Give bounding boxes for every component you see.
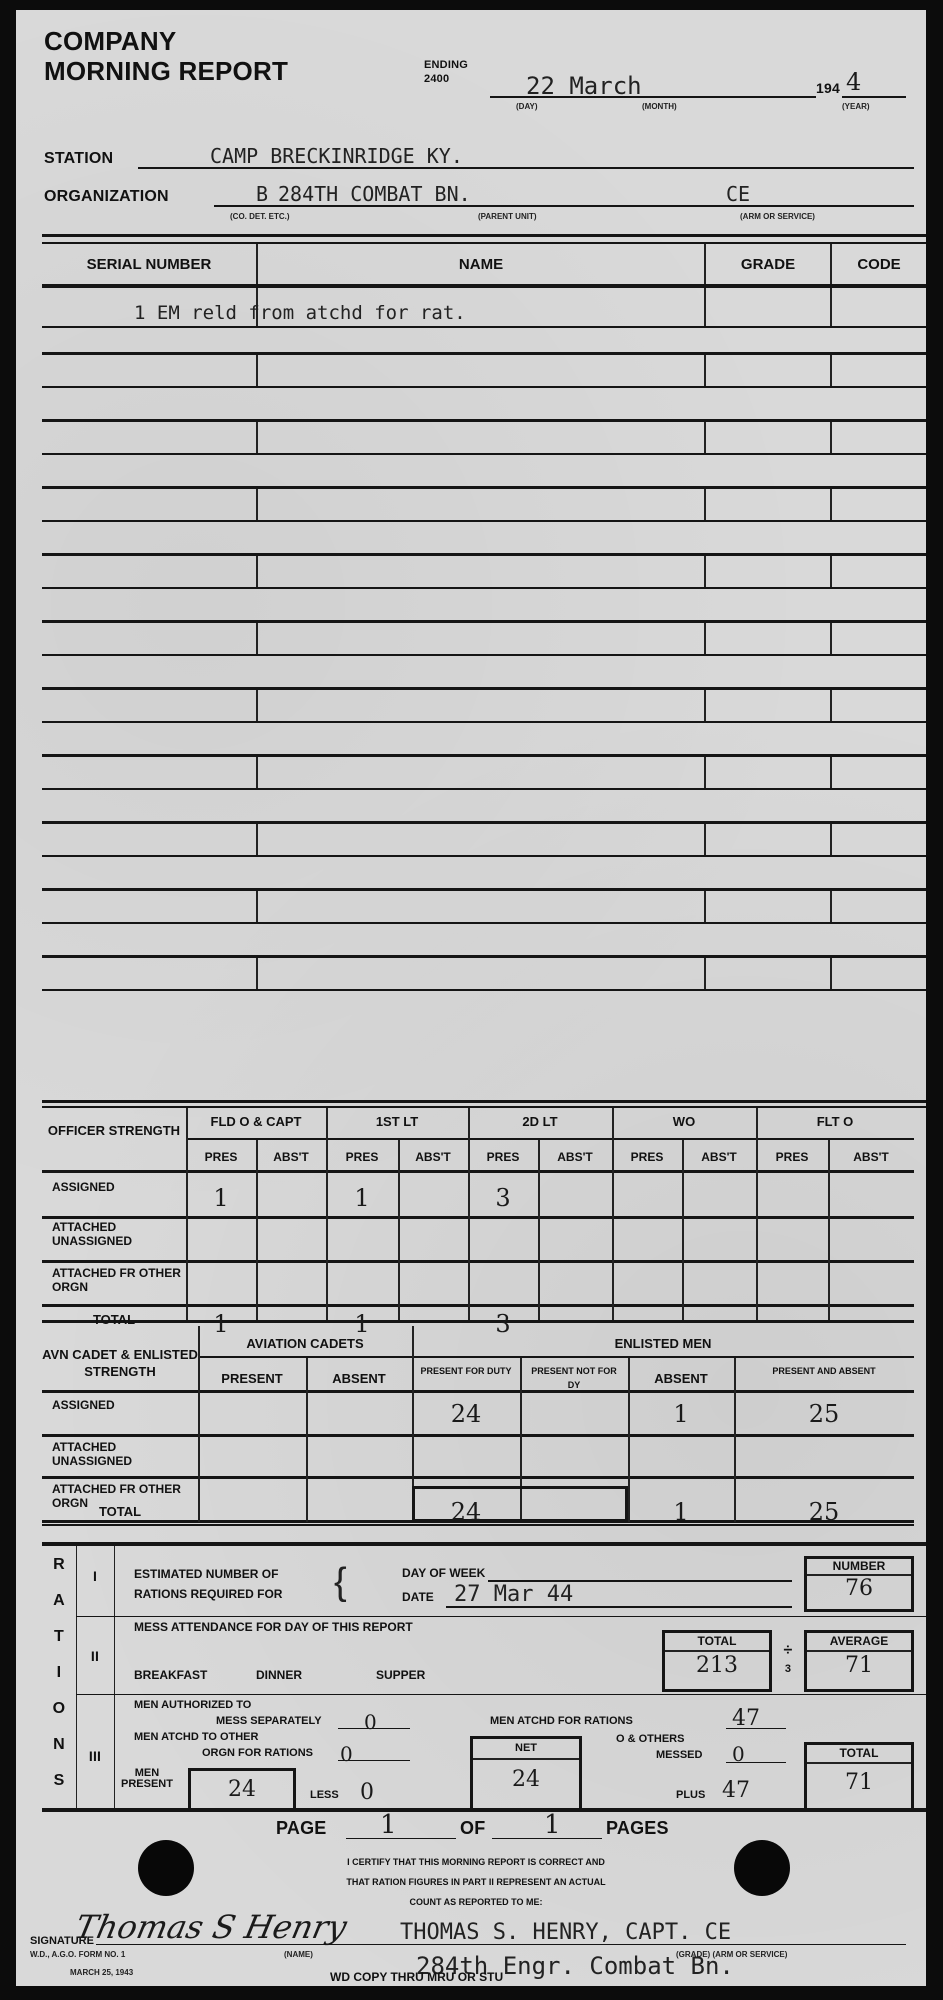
officer-col-divider — [682, 1140, 684, 1320]
title-line-2: MORNING REPORT — [44, 56, 288, 86]
row-rule-thin — [42, 520, 926, 522]
men-present-label: MEN PRESENT — [112, 1768, 182, 1790]
rations-letter: T — [42, 1628, 76, 1646]
punch-hole-left — [138, 1840, 194, 1896]
ending-label-1: ENDING — [424, 58, 468, 72]
col-divider — [830, 489, 832, 520]
enlisted-cell[interactable]: 1 — [628, 1400, 734, 1428]
plus-value[interactable]: 47 — [722, 1778, 750, 1803]
auth-label-2: MESS SEPARATELY — [216, 1716, 322, 1727]
officer-rule — [42, 1260, 914, 1263]
mess-total-label: TOTAL — [665, 1633, 769, 1652]
officer-subcol-header: PRES — [186, 1150, 256, 1164]
enlisted-rule — [42, 1476, 914, 1479]
col-divider — [830, 422, 832, 453]
enlisted-row-label: ATTACHED UNASSIGNED — [52, 1440, 192, 1468]
day-caption: (DAY) — [516, 102, 537, 111]
mess-total-box: TOTAL 213 — [662, 1630, 772, 1692]
officer-row-label: ATTACHED FR OTHER ORGN — [52, 1266, 182, 1294]
rations-top-rule — [42, 1542, 926, 1546]
atchd-rations-value[interactable]: 47 — [732, 1706, 760, 1731]
row-rule-thick — [42, 754, 926, 757]
row-rule-thick — [42, 888, 926, 891]
rations-letter: N — [42, 1736, 76, 1754]
others-label-2: MESSED — [656, 1750, 702, 1761]
month-caption: (MONTH) — [642, 102, 677, 111]
col-divider — [704, 757, 706, 788]
others-value[interactable]: 0 — [732, 1742, 745, 1766]
row-rule-thick — [42, 486, 926, 489]
enlisted-strength-title: AVN CADET & ENLISTED STRENGTH — [42, 1346, 198, 1380]
col-header-name: NAME — [258, 256, 704, 273]
punch-hole-right — [734, 1840, 790, 1896]
col-divider — [256, 757, 258, 788]
caption-arm: (ARM OR SERVICE) — [740, 212, 815, 221]
certification-text: I CERTIFY THAT THIS MORNING REPORT IS CO… — [246, 1852, 706, 1912]
ration-total-label: TOTAL — [807, 1745, 911, 1764]
rations-letter: I — [42, 1664, 76, 1682]
row-rule-thin — [42, 654, 926, 656]
ending-label: ENDING 2400 — [424, 58, 468, 86]
part2-numeral: II — [76, 1648, 114, 1664]
col-divider — [256, 422, 258, 453]
col-divider — [256, 623, 258, 654]
col-divider — [704, 556, 706, 587]
cadets-group-header: AVIATION CADETS — [198, 1336, 412, 1351]
part1-label-2: RATIONS REQUIRED FOR — [134, 1584, 282, 1604]
organization-parent-unit[interactable]: 284TH COMBAT BN. — [278, 182, 471, 206]
average-box: AVERAGE 71 — [804, 1630, 914, 1692]
divide-icon: ÷ — [776, 1642, 800, 1660]
average-value[interactable]: 71 — [807, 1652, 911, 1680]
col-divider — [704, 690, 706, 721]
officer-top-rule — [42, 1100, 926, 1103]
col-divider — [830, 891, 832, 922]
number-box-value[interactable]: 76 — [807, 1576, 911, 1602]
officer-cell[interactable]: 3 — [468, 1310, 538, 1338]
certify-line-1: I CERTIFY THAT THIS MORNING REPORT IS CO… — [246, 1852, 706, 1872]
part2-label: MESS ATTENDANCE FOR DAY OF THIS REPORT — [134, 1622, 413, 1633]
dinner-label: DINNER — [256, 1670, 302, 1681]
col-header-code: CODE — [832, 256, 926, 273]
col-divider — [256, 355, 258, 386]
row-rule-thin — [42, 989, 926, 991]
rations-letter: R — [42, 1556, 76, 1574]
officer-row-label: TOTAL — [42, 1312, 186, 1327]
pages-label: PAGES — [606, 1818, 669, 1839]
station-label: STATION — [44, 150, 113, 168]
col-divider — [704, 824, 706, 855]
entries-header-rule — [42, 284, 926, 288]
page-value[interactable]: 1 — [380, 1810, 397, 1840]
atchd-other-label-2: ORGN FOR RATIONS — [202, 1748, 313, 1759]
ration-date-line — [446, 1606, 792, 1608]
enlisted-cell[interactable]: 25 — [734, 1400, 914, 1428]
row-rule-thick — [42, 821, 926, 824]
officer-row-label: ASSIGNED — [52, 1180, 182, 1194]
col-divider — [830, 288, 832, 328]
officer-row-label: ATTACHED UNASSIGNED — [52, 1220, 182, 1248]
officer-col-divider — [612, 1108, 614, 1320]
enlisted-group-header: ENLISTED MEN — [412, 1336, 914, 1351]
ration-total-value[interactable]: 71 — [807, 1764, 911, 1802]
year-underline — [842, 96, 906, 98]
enlisted-col-header: PRESENT FOR DUTY — [416, 1364, 516, 1378]
rations-letter: A — [42, 1592, 76, 1610]
col-divider — [830, 623, 832, 654]
day-of-week-label: DAY OF WEEK — [402, 1568, 485, 1579]
enlisted-row-label: ASSIGNED — [52, 1398, 192, 1412]
part3-numeral: III — [76, 1748, 114, 1764]
officer-subcol-header: ABS'T — [828, 1150, 914, 1164]
officer-col-divider — [186, 1108, 188, 1320]
ration-date-label: DATE — [402, 1592, 434, 1603]
officer-rule — [42, 1304, 914, 1307]
enlisted-rule — [42, 1390, 914, 1393]
officer-cell[interactable]: 1 — [186, 1184, 256, 1212]
row-rule-thin — [42, 721, 926, 723]
col-divider — [256, 690, 258, 721]
part1-rule-left — [76, 1616, 114, 1617]
net-label: NET — [473, 1739, 579, 1760]
number-box: NUMBER 76 — [804, 1556, 914, 1612]
rations-divider — [76, 1546, 77, 1808]
col-header-serial: SERIAL NUMBER — [42, 256, 256, 273]
officer-cell[interactable]: 1 — [326, 1310, 398, 1338]
officer-top-rule-2 — [42, 1106, 926, 1108]
caption-company: (CO. DET. ETC.) — [230, 212, 290, 221]
officer-col-divider — [756, 1108, 758, 1320]
entries-top-rule — [42, 234, 926, 237]
row-rule-thin — [42, 587, 926, 589]
col-divider — [704, 355, 706, 386]
col-divider — [830, 757, 832, 788]
part1-label: ESTIMATED NUMBER OF RATIONS REQUIRED FOR — [134, 1564, 282, 1604]
ration-total-box: TOTAL 71 — [804, 1742, 914, 1808]
officer-rule — [42, 1216, 914, 1219]
station-value[interactable]: CAMP BRECKINRIDGE KY. — [210, 144, 463, 168]
row-rule-thin — [42, 855, 926, 857]
officer-subcol-header: PRES — [468, 1150, 538, 1164]
net-box: NET 24 — [470, 1736, 582, 1808]
ration-date-value[interactable]: 27 Mar 44 — [454, 1582, 573, 1607]
rations-letter: S — [42, 1772, 76, 1790]
part1-label-1: ESTIMATED NUMBER OF — [134, 1564, 282, 1584]
net-value[interactable]: 24 — [473, 1760, 579, 1800]
col-divider — [256, 556, 258, 587]
col-divider — [830, 824, 832, 855]
men-present-label-2: PRESENT — [112, 1779, 182, 1790]
pages-value[interactable]: 1 — [544, 1810, 561, 1840]
col-divider — [704, 288, 706, 328]
enlisted-row-label: TOTAL — [42, 1504, 198, 1519]
row-rule-thick — [42, 620, 926, 623]
enlisted-col-header: PRESENT — [202, 1372, 302, 1386]
part1-rule — [114, 1616, 926, 1617]
enlisted-col-divider — [198, 1326, 200, 1522]
enlisted-col-divider — [306, 1358, 308, 1522]
divisor: 3 — [776, 1660, 800, 1678]
mess-total-value[interactable]: 213 — [665, 1652, 769, 1680]
officer-group-header: 2D LT — [468, 1114, 612, 1129]
enlisted-cell[interactable]: 25 — [734, 1498, 914, 1526]
officer-cell[interactable]: 1 — [326, 1184, 398, 1212]
rations-bottom-rule — [42, 1808, 926, 1812]
rations-letter: O — [42, 1700, 76, 1718]
officer-col-divider — [828, 1140, 830, 1320]
officer-cell[interactable]: 3 — [468, 1184, 538, 1212]
morning-report-form: COMPANY MORNING REPORT ENDING 2400 22 Ma… — [16, 10, 926, 1986]
of-label: OF — [460, 1818, 485, 1839]
brace-icon: { — [334, 1562, 347, 1602]
less-label: LESS — [310, 1790, 339, 1801]
row-rule-thick — [42, 553, 926, 556]
men-present-box: 24 — [188, 1768, 296, 1808]
officer-subcol-header: PRES — [612, 1150, 682, 1164]
form-id: W.D., A.G.O. FORM NO. 1 — [30, 1950, 125, 1959]
organization-label: ORGANIZATION — [44, 188, 169, 206]
atchd-rations-label: MEN ATCHD FOR RATIONS — [490, 1716, 633, 1727]
officer-subcol-header: ABS'T — [538, 1150, 612, 1164]
atchd-other-label-1: MEN ATCHD TO OTHER — [134, 1732, 258, 1743]
officer-rule — [42, 1170, 914, 1173]
signer-typed-name[interactable]: THOMAS S. HENRY, CAPT. CE — [400, 1920, 731, 1945]
col-divider — [256, 891, 258, 922]
auth-value[interactable]: 0 — [364, 1710, 377, 1734]
enlisted-cell[interactable]: 1 — [628, 1498, 734, 1526]
title-line-1: COMPANY — [44, 26, 288, 56]
men-present-value[interactable]: 24 — [191, 1771, 293, 1809]
enlisted-rule — [42, 1434, 914, 1437]
enlisted-cell[interactable]: 24 — [412, 1400, 520, 1428]
organization-arm[interactable]: CE — [726, 182, 750, 206]
row-rule-thick — [42, 352, 926, 355]
officer-subcol-header: ABS'T — [682, 1150, 756, 1164]
enlisted-col-header: ABSENT — [310, 1372, 408, 1386]
officer-group-header: WO — [612, 1114, 756, 1129]
caption-parent: (PARENT UNIT) — [478, 212, 537, 221]
col-divider — [704, 422, 706, 453]
entry-row-text[interactable]: 1 EM reld from atchd for rat. — [134, 302, 466, 324]
enlisted-col-header: PRESENT AND ABSENT — [738, 1364, 910, 1378]
row-rule-thick — [42, 687, 926, 690]
row-rule-thin — [42, 453, 926, 455]
ending-label-2: 2400 — [424, 72, 468, 86]
organization-company[interactable]: B — [256, 182, 268, 206]
col-divider — [830, 355, 832, 386]
officer-strength-title: OFFICER STRENGTH — [42, 1122, 186, 1139]
year-prefix: 194 — [816, 80, 840, 96]
officer-group-header: FLT O — [756, 1114, 914, 1129]
row-rule-thin — [42, 788, 926, 790]
col-divider — [830, 556, 832, 587]
officer-col-divider — [398, 1140, 400, 1320]
enlisted-col-header: ABSENT — [632, 1372, 730, 1386]
certify-line-2: THAT RATION FIGURES IN PART II REPRESENT… — [246, 1872, 706, 1892]
row-rule-thick — [42, 955, 926, 958]
plus-label: PLUS — [676, 1790, 705, 1801]
officer-col-divider — [326, 1108, 328, 1320]
less-value[interactable]: 0 — [360, 1780, 374, 1805]
col-header-grade: GRADE — [706, 256, 830, 273]
year-suffix[interactable]: 4 — [846, 68, 861, 96]
name-caption: (NAME) — [284, 1950, 313, 1959]
signature-handwritten[interactable]: Thomas S Henry — [72, 1908, 350, 1946]
number-box-label: NUMBER — [807, 1559, 911, 1576]
officer-group-header: 1ST LT — [326, 1114, 468, 1129]
row-rule-thin — [42, 922, 926, 924]
form-date: MARCH 25, 1943 — [70, 1968, 133, 1977]
page-line — [346, 1838, 456, 1839]
form-title: COMPANY MORNING REPORT — [44, 26, 288, 86]
row-rule-thin — [42, 386, 926, 388]
col-divider — [256, 824, 258, 855]
officer-col-divider — [256, 1140, 258, 1320]
page-label: PAGE — [276, 1818, 326, 1839]
breakfast-label: BREAKFAST — [134, 1670, 207, 1681]
auth-label-1: MEN AUTHORIZED TO — [134, 1700, 251, 1711]
part1-numeral: I — [76, 1568, 114, 1584]
atchd-other-value[interactable]: 0 — [340, 1742, 353, 1766]
row-rule — [42, 326, 926, 328]
supper-label: SUPPER — [376, 1670, 425, 1681]
col-divider — [256, 958, 258, 989]
officer-subcol-header: ABS'T — [256, 1150, 326, 1164]
col-divider — [256, 489, 258, 520]
col-divider — [704, 958, 706, 989]
officer-subcol-header: ABS'T — [398, 1150, 468, 1164]
col-divider — [830, 958, 832, 989]
officer-col-divider — [468, 1108, 470, 1320]
officer-cell[interactable]: 1 — [186, 1310, 256, 1338]
average-label: AVERAGE — [807, 1633, 911, 1652]
part2-rule — [76, 1694, 926, 1695]
divide-by-three: ÷ 3 — [776, 1642, 800, 1678]
col-divider — [830, 690, 832, 721]
officer-subcol-header: PRES — [326, 1150, 398, 1164]
officer-rule — [186, 1138, 914, 1140]
row-rule-thick — [42, 419, 926, 422]
enlisted-cell[interactable]: 24 — [412, 1498, 520, 1526]
wd-copy-stamp: WD COPY THRU MRU OR STU — [330, 1972, 503, 1983]
officer-subcol-header: PRES — [756, 1150, 828, 1164]
col-divider — [704, 623, 706, 654]
report-date[interactable]: 22 March — [526, 72, 642, 100]
year-caption: (YEAR) — [842, 102, 870, 111]
entries-top-rule-2 — [42, 242, 926, 244]
col-divider — [704, 489, 706, 520]
enlisted-col-header: PRESENT NOT FOR DY — [524, 1364, 624, 1392]
col-divider — [704, 891, 706, 922]
officer-col-divider — [538, 1140, 540, 1320]
officer-group-header: FLD O & CAPT — [186, 1114, 326, 1129]
others-label-1: O & OTHERS — [616, 1734, 684, 1745]
